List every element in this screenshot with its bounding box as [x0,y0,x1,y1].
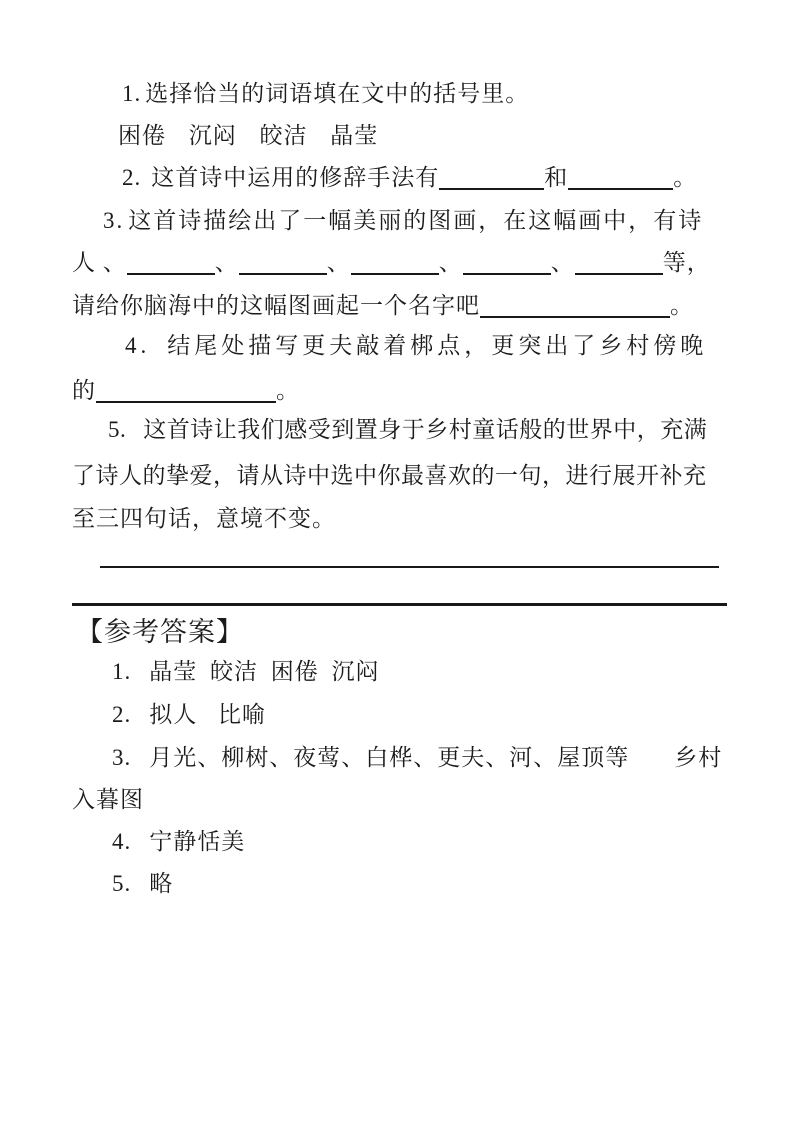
answer-2-text: 拟人 比喻 [149,702,266,727]
answer-3-line2: 入暮图 [72,785,144,815]
blank-underline [568,165,673,190]
question-2-text: 这首诗中运用的修辞手法有 [151,165,439,190]
question-4-text: 结尾处描写更夫敲着梆点，更突出了乡村傍晚 [167,333,707,358]
answer-writing-line [100,566,719,568]
question-3-line3-text: 请给你脑海中的这幅图画起一个名字吧 [72,293,480,318]
question-2: 2.这首诗中运用的修辞手法有和。 [122,163,697,193]
blank-underline [127,250,215,275]
blank-underline [463,250,551,275]
question-3-text: 这首诗描绘出了一幅美丽的图画，在这幅画中，有诗 [128,208,703,233]
question-5-line1: 5.这首诗让我们感受到置身于乡村童话般的世界中，充满 [108,415,707,445]
question-5-line3: 至三四句话，意境不变。 [72,504,336,534]
section-divider [72,603,727,606]
question-3-number: 3. [103,208,124,233]
question-4-line2-period: 。 [276,378,300,403]
question-4-line2: 的。 [72,376,300,406]
answer-4-number: 4. [112,829,131,854]
question-4-number: 4. [125,333,150,358]
answer-5: 5.略 [112,869,173,899]
question-4-line2-prefix: 的 [72,378,96,403]
list-separator: 、 [551,250,575,275]
answer-2-number: 2. [112,702,131,727]
blank-underline [239,250,327,275]
answer-1-number: 1. [112,659,131,684]
list-separator: 、 [439,250,463,275]
question-2-connector: 和 [544,165,568,190]
blank-underline [351,250,439,275]
blank-underline [480,293,670,318]
worksheet-page: 1.选择恰当的词语填在文中的括号里。 困倦 沉闷 皎洁 晶莹 2.这首诗中运用的… [0,0,793,1122]
blank-underline [575,250,663,275]
question-3-line3: 请给你脑海中的这幅图画起一个名字吧。 [72,291,694,321]
list-separator: 、 [327,250,351,275]
blank-underline [96,378,276,403]
answer-4-text: 宁静恬美 [149,829,245,854]
question-5-number: 5. [108,417,126,442]
question-5-line2: 了诗人的挚爱，请从诗中选中你最喜欢的一句，进行展开补充 [72,461,707,491]
question-3-line1: 3.这首诗描绘出了一幅美丽的图画，在这幅画中，有诗 [103,206,703,236]
answer-4: 4.宁静恬美 [112,827,245,857]
answer-3-number: 3. [112,745,131,770]
list-separator: 、 [215,250,239,275]
answer-1: 1.晶莹 皎洁 困倦 沉闷 [112,657,380,687]
question-3-line3-period: 。 [670,293,694,318]
answer-3-picture-name: 乡村 [674,745,722,770]
answer-1-text: 晶莹 皎洁 困倦 沉闷 [149,659,379,684]
answer-2: 2.拟人 比喻 [112,700,266,730]
question-2-period: 。 [673,165,697,190]
answer-5-text: 略 [149,871,173,896]
answer-5-number: 5. [112,871,131,896]
question-1-text: 选择恰当的词语填在文中的括号里。 [145,81,529,106]
answer-3-text: 月光、柳树、夜莺、白桦、更夫、河、屋顶等 [149,745,629,770]
answer-3-line1: 3.月光、柳树、夜莺、白桦、更夫、河、屋顶等乡村 [112,743,722,773]
word-bank: 困倦 沉闷 皎洁 晶莹 [118,121,378,151]
question-4-line1: 4.结尾处描写更夫敲着梆点，更突出了乡村傍晚 [125,331,707,361]
question-3-line2: 人 、、、、、等， [72,248,711,278]
question-2-number: 2. [122,165,141,190]
blank-underline [439,165,544,190]
question-1-number: 1. [122,81,141,106]
question-3-line2-suffix: 等， [663,250,711,275]
question-5-text: 这首诗让我们感受到置身于乡村童话般的世界中，充满 [143,417,707,442]
question-3-line2-prefix: 人 、 [72,250,127,275]
question-1: 1.选择恰当的词语填在文中的括号里。 [122,79,529,109]
reference-answers-header: 【参考答案】 [76,615,244,649]
